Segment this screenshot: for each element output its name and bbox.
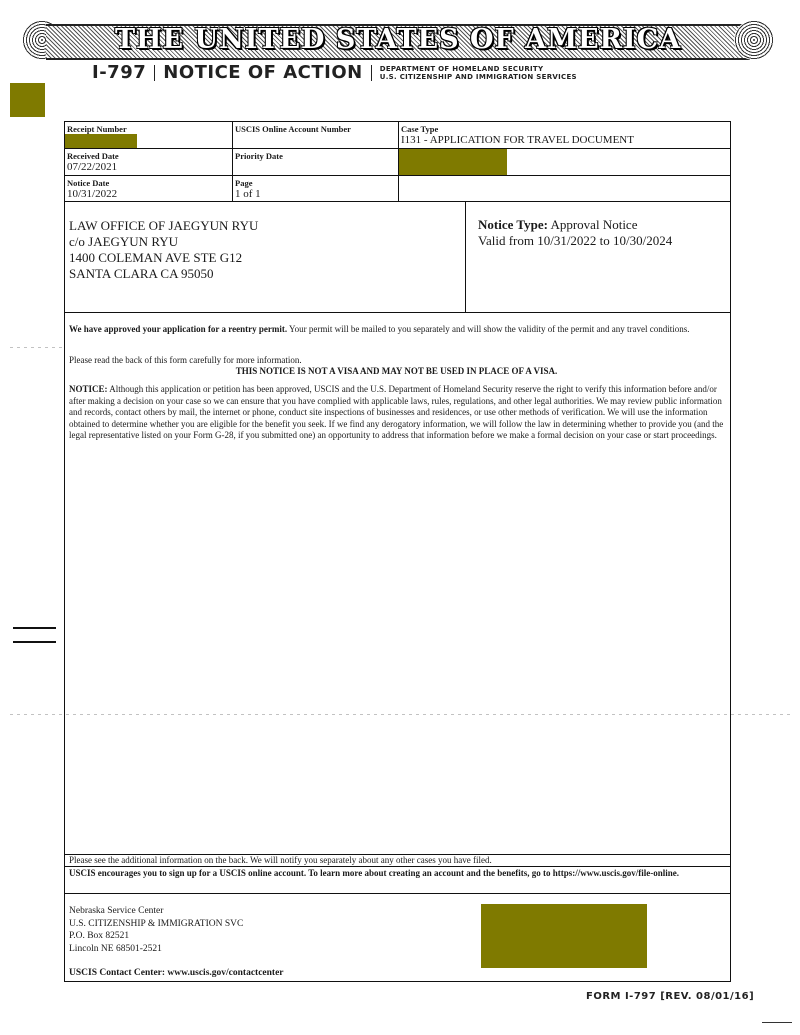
read-back-text: Please read the back of this form carefu… bbox=[69, 355, 724, 367]
page-cell: Page 1 of 1 bbox=[232, 176, 398, 201]
approval-paragraph: We have approved your application for a … bbox=[69, 324, 724, 336]
contact-center-text: USCIS Contact Center: www.uscis.gov/cont… bbox=[69, 968, 724, 980]
redaction-block bbox=[10, 83, 45, 117]
info-row-3: Notice Date 10/31/2022 Page 1 of 1 bbox=[65, 176, 730, 202]
page-label: Page bbox=[235, 178, 396, 188]
scan-artifact bbox=[10, 347, 65, 348]
margin-mark bbox=[13, 641, 56, 643]
addressee-line-2: c/o JAEGYUN RYU bbox=[69, 234, 258, 250]
additional-info-row: Please see the additional information on… bbox=[65, 854, 730, 867]
case-type-label: Case Type bbox=[401, 124, 728, 134]
addressee-line-4: SANTA CLARA CA 95050 bbox=[69, 266, 258, 282]
info-row-1: Receipt Number USCIS Online Account Numb… bbox=[65, 122, 730, 149]
divider bbox=[371, 65, 372, 81]
online-account-promo: USCIS encourages you to sign up for a US… bbox=[69, 868, 724, 880]
form-heading: I-797 NOTICE OF ACTION DEPARTMENT OF HOM… bbox=[92, 62, 577, 83]
barcode-redaction bbox=[481, 904, 647, 968]
received-date-cell: Received Date 07/22/2021 bbox=[65, 149, 232, 175]
agency-line-2: U.S. CITIZENSHIP AND IMMIGRATION SERVICE… bbox=[380, 73, 577, 81]
case-type-value: I131 - APPLICATION FOR TRAVEL DOCUMENT bbox=[401, 134, 728, 147]
notice-type-label: Notice Type: bbox=[478, 217, 548, 232]
priority-date-label: Priority Date bbox=[235, 151, 396, 161]
online-account-label: USCIS Online Account Number bbox=[235, 124, 396, 134]
divider bbox=[154, 65, 155, 81]
agency-line-1: DEPARTMENT OF HOMELAND SECURITY bbox=[380, 65, 544, 73]
notice-type-value: Approval Notice bbox=[550, 217, 637, 232]
notice-text: Although this application or petition ha… bbox=[69, 384, 723, 440]
addressee-line-3: 1400 COLEMAN AVE STE G12 bbox=[69, 250, 258, 266]
redaction-block bbox=[399, 149, 507, 175]
approval-details: Your permit will be mailed to you separa… bbox=[287, 324, 689, 334]
banner: THE UNITED STATES OF AMERICA bbox=[22, 20, 774, 60]
received-date-value: 07/22/2021 bbox=[67, 161, 230, 174]
page-value: 1 of 1 bbox=[235, 188, 396, 201]
case-type-cell: Case Type I131 - APPLICATION FOR TRAVEL … bbox=[398, 122, 730, 148]
receipt-number-cell: Receipt Number bbox=[65, 122, 232, 148]
validity-range: Valid from 10/31/2022 to 10/30/2024 bbox=[478, 233, 672, 249]
online-account-row: USCIS encourages you to sign up for a US… bbox=[65, 867, 730, 894]
empty-cell bbox=[398, 176, 730, 201]
notice-date-label: Notice Date bbox=[67, 178, 230, 188]
scan-artifact bbox=[762, 1022, 792, 1023]
additional-info-text: Please see the additional information on… bbox=[69, 855, 724, 867]
margin-mark bbox=[13, 627, 56, 629]
form-revision: FORM I-797 [REV. 08/01/16] bbox=[586, 991, 754, 1002]
not-a-visa-warning: THIS NOTICE IS NOT A VISA AND MAY NOT BE… bbox=[69, 366, 724, 378]
info-row-2: Received Date 07/22/2021 Priority Date bbox=[65, 149, 730, 176]
agency-name: DEPARTMENT OF HOMELAND SECURITY U.S. CIT… bbox=[380, 65, 577, 81]
notice-label: NOTICE: bbox=[69, 384, 108, 394]
banner-title: THE UNITED STATES OF AMERICA bbox=[22, 25, 774, 55]
form-number: I-797 bbox=[92, 62, 146, 83]
notice-type-block: Notice Type: Approval Notice Valid from … bbox=[465, 202, 730, 312]
addressee-line-1: LAW OFFICE OF JAEGYUN RYU bbox=[69, 218, 258, 234]
notice-date-cell: Notice Date 10/31/2022 bbox=[65, 176, 232, 201]
addressee-block: LAW OFFICE OF JAEGYUN RYU c/o JAEGYUN RY… bbox=[65, 202, 465, 312]
received-date-label: Received Date bbox=[67, 151, 230, 161]
redacted-cell bbox=[398, 149, 730, 175]
online-account-cell: USCIS Online Account Number bbox=[232, 122, 398, 148]
notice-form: Receipt Number USCIS Online Account Numb… bbox=[64, 121, 731, 982]
priority-date-cell: Priority Date bbox=[232, 149, 398, 175]
receipt-number-redaction bbox=[65, 134, 137, 148]
notice-paragraph: NOTICE: Although this application or pet… bbox=[69, 384, 724, 442]
receipt-number-label: Receipt Number bbox=[67, 124, 230, 134]
form-name: NOTICE OF ACTION bbox=[163, 62, 362, 83]
approval-statement: We have approved your application for a … bbox=[69, 324, 287, 334]
address-row: LAW OFFICE OF JAEGYUN RYU c/o JAEGYUN RY… bbox=[65, 202, 730, 313]
notice-date-value: 10/31/2022 bbox=[67, 188, 230, 201]
